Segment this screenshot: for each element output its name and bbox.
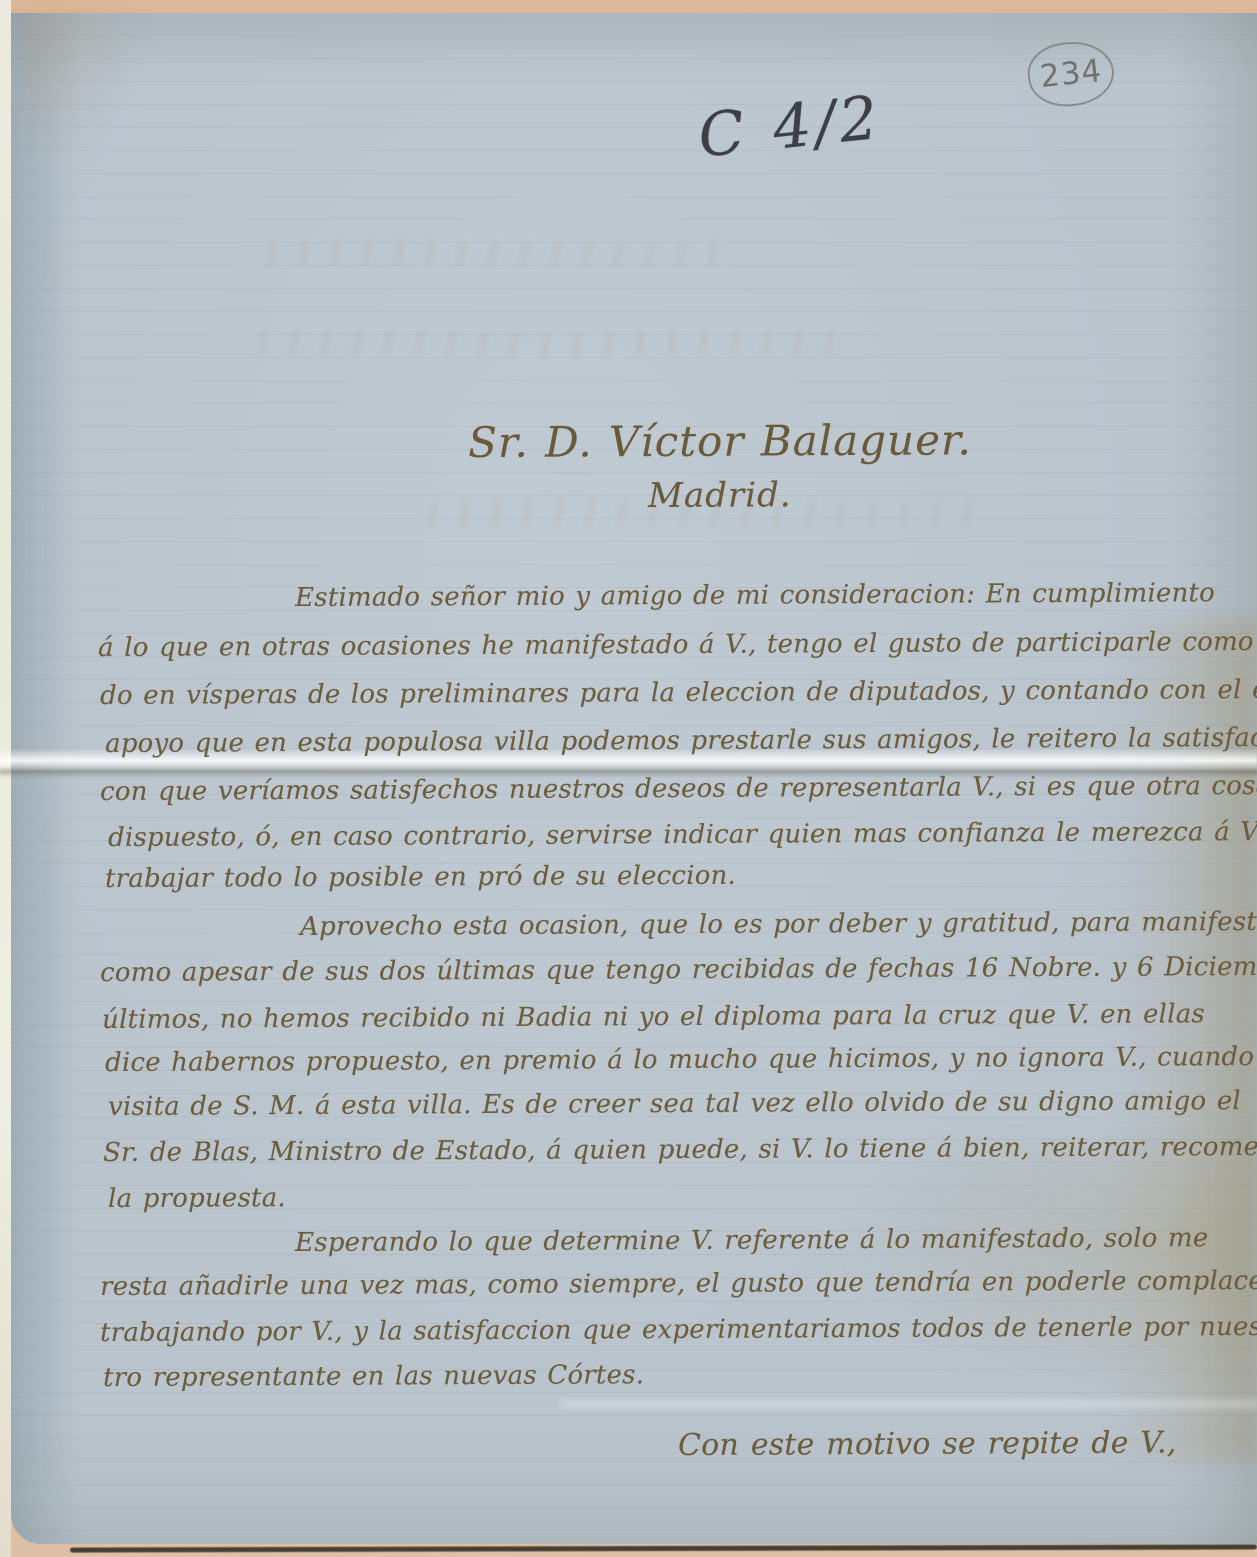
letter-line: Sr. de Blas, Ministro de Estado, á quien… [103, 1131, 1257, 1168]
letter-line: Estimado señor mio y amigo de mi conside… [295, 578, 1215, 613]
recipient-city: Madrid. [648, 475, 792, 516]
letter-line: Aprovecho esta ocasion, que lo es por de… [300, 907, 1257, 942]
letter-line: resta añadirle una vez mas, como siempre… [100, 1266, 1257, 1302]
letter-line: tro representante en las nuevas Córtes. [103, 1360, 644, 1393]
paper-bottom-edge [70, 1544, 1257, 1552]
letter-line: dice habernos propuesto, en premio á lo … [105, 1042, 1257, 1078]
letter-line: últimos, no hemos recibido ni Badia ni y… [102, 999, 1205, 1035]
letter-line: visita de S. M. á esta villa. Es de cree… [108, 1086, 1241, 1122]
letter-line: á lo que en otras ocasiones he manifesta… [98, 626, 1257, 663]
letter-line: Esperando lo que determine V. referente … [295, 1223, 1209, 1258]
letter-line: con que veríamos satisfechos nuestros de… [100, 770, 1257, 807]
letter-line: trabajando por V., y la satisfaccion que… [100, 1312, 1257, 1348]
fold-crease-secondary [560, 1396, 1257, 1412]
letter-line: trabajar todo lo posible en pró de su el… [105, 861, 736, 894]
letter-line: como apesar de sus dos últimas que tengo… [100, 952, 1257, 988]
letter-line: apoyo que en esta populosa villa podemos… [105, 723, 1257, 759]
letter-line: la propuesta. [108, 1183, 286, 1214]
letter-line: Con este motivo se repite de V., [678, 1425, 1177, 1463]
letter-scan: 234 C 4/2 Sr. D. Víctor Balaguer. Madrid… [0, 0, 1257, 1557]
letter-line: do en vísperas de los preliminares para … [100, 675, 1257, 711]
letter-line: dispuesto, ó, en caso contrario, servirs… [108, 817, 1257, 853]
scan-backing-left [0, 0, 11, 1557]
folio-number: 234 [1038, 53, 1104, 95]
recipient-name: Sr. D. Víctor Balaguer. [468, 415, 972, 467]
